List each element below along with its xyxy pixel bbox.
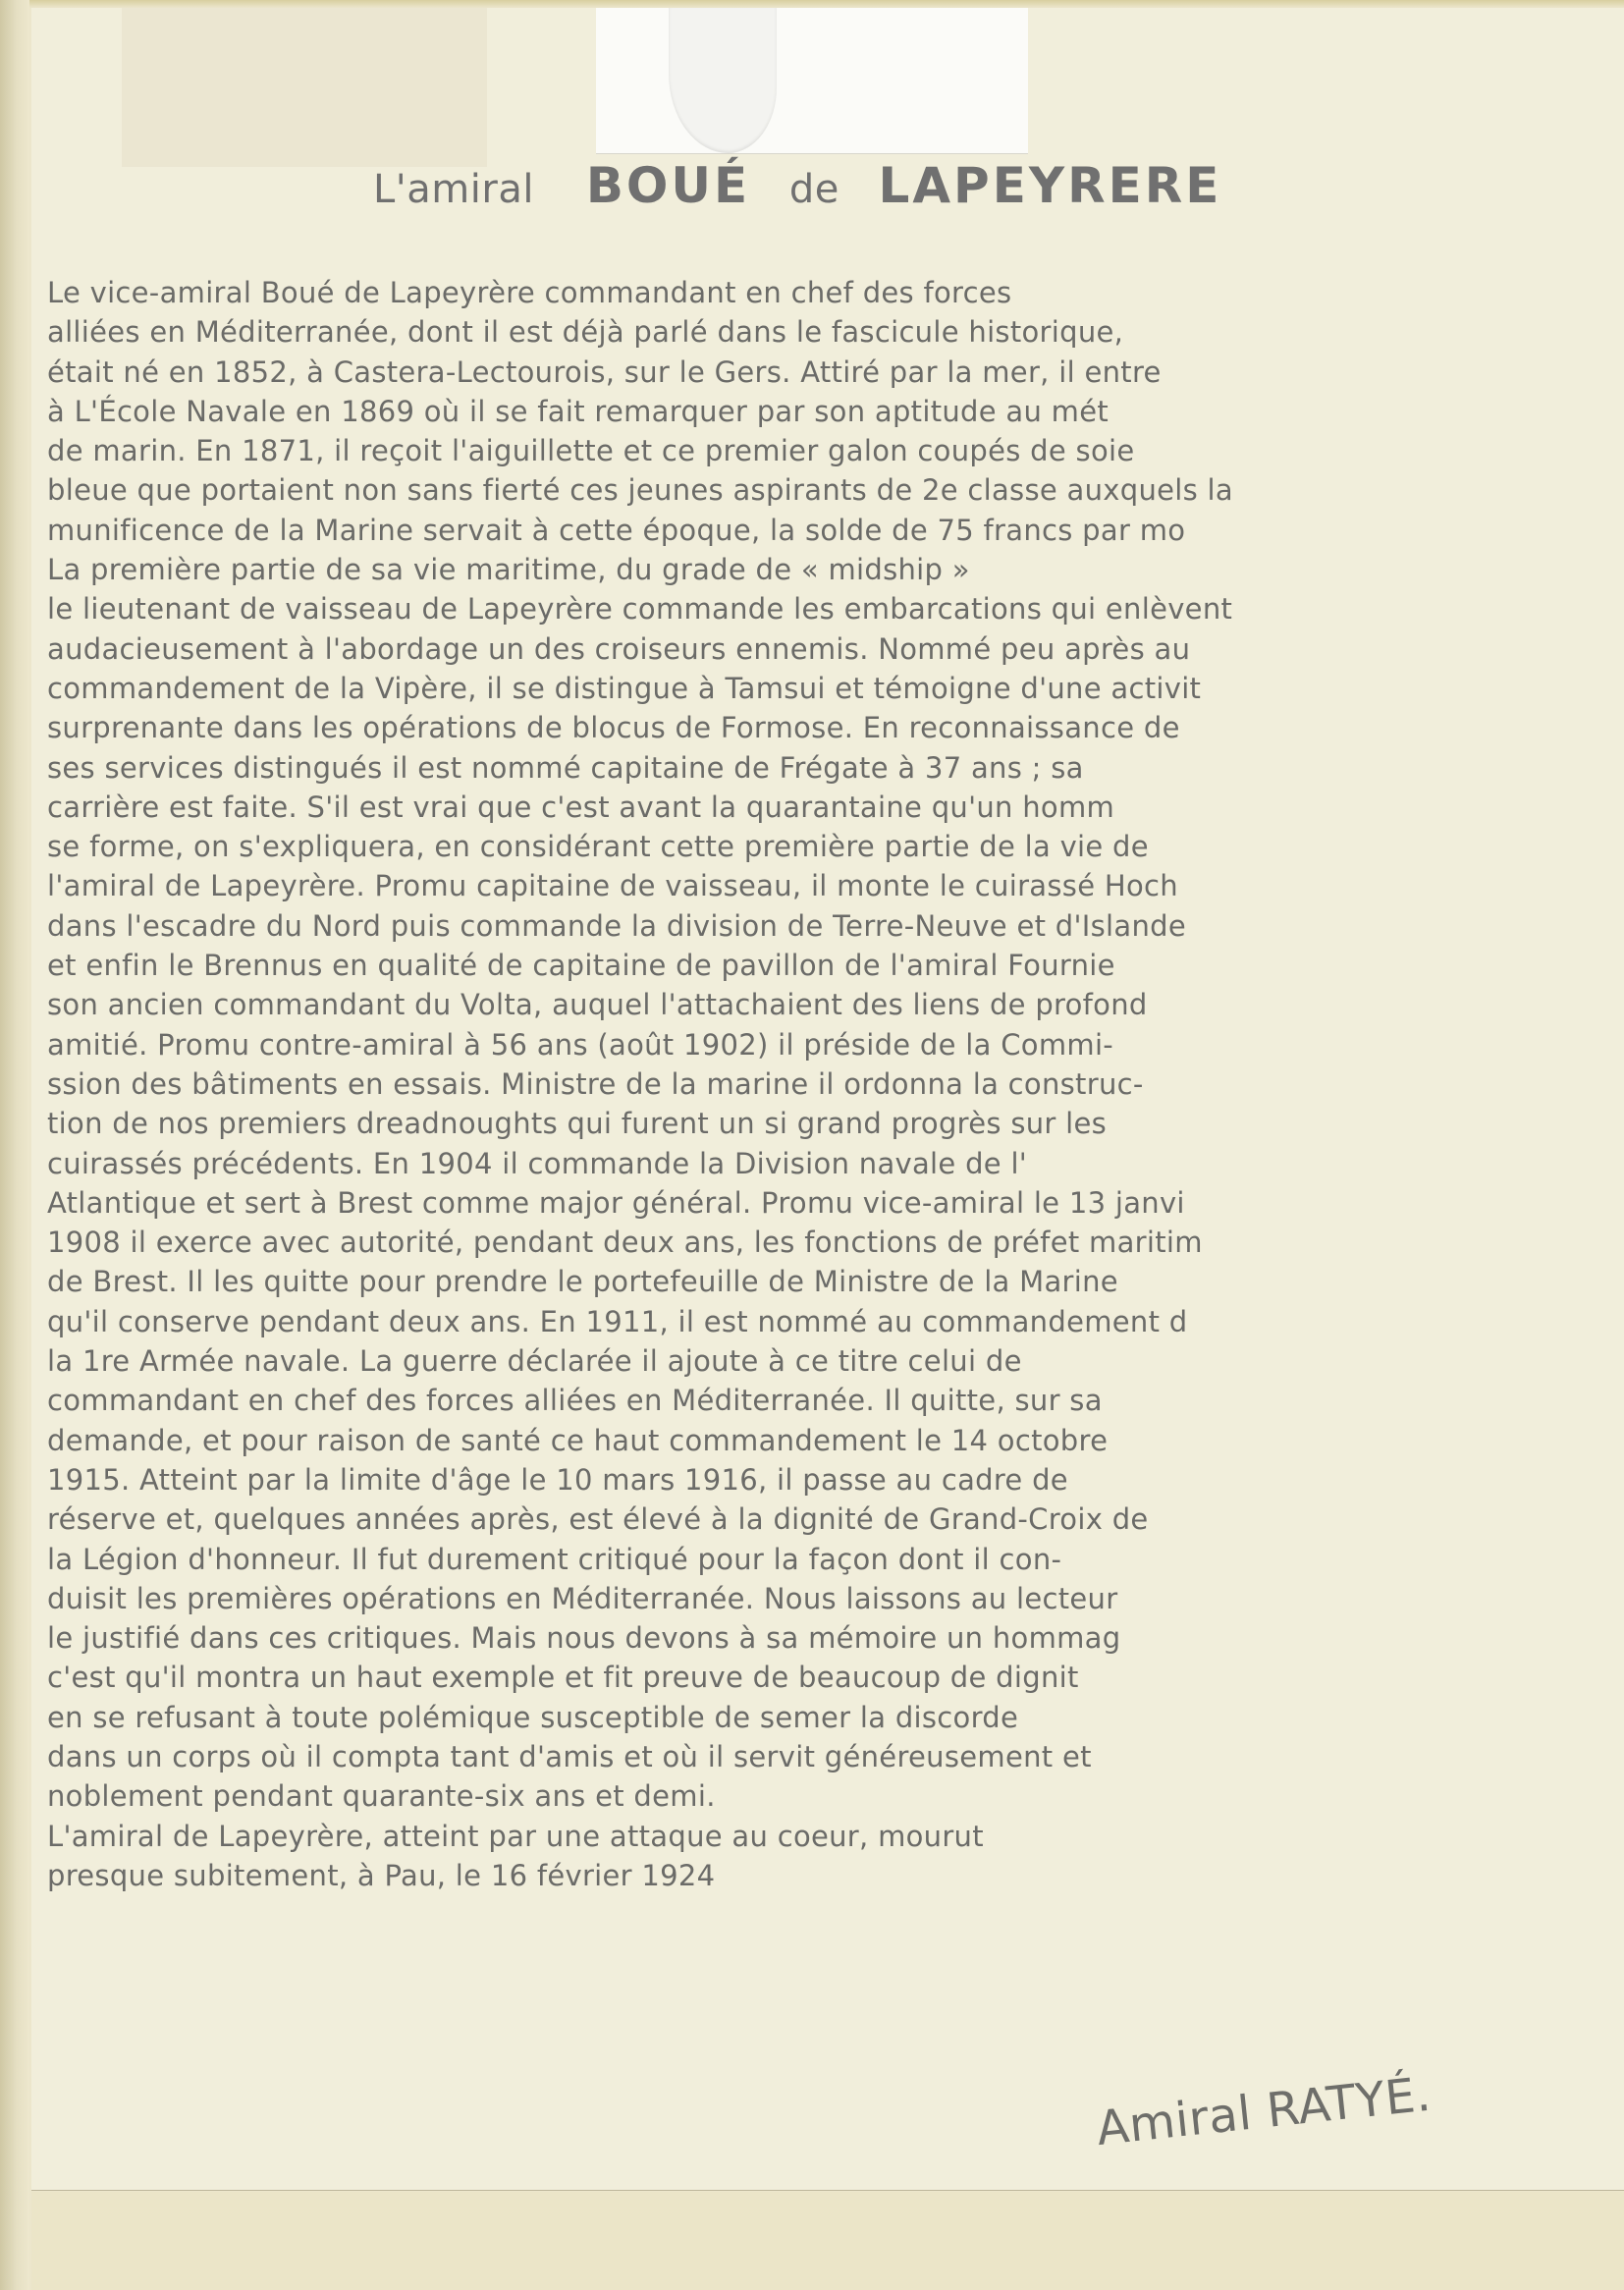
text-line: Le vice-amiral Boué de Lapeyrère command… — [47, 273, 1618, 312]
text-line: noblement pendant quarante-six ans et de… — [47, 1776, 1618, 1816]
text-line: alliées en Méditerranée, dont il est déj… — [47, 312, 1618, 352]
text-line: 1915. Atteint par la limite d'âge le 10 … — [47, 1460, 1618, 1499]
text-line: commandement de la Vipère, il se disting… — [47, 669, 1618, 708]
text-line: à L'École Navale en 1869 où il se fait r… — [47, 392, 1618, 431]
title-name-boue: BOUÉ — [586, 157, 750, 214]
text-line: dans l'escadre du Nord puis commande la … — [47, 906, 1618, 946]
text-line: qu'il conserve pendant deux ans. En 1911… — [47, 1302, 1618, 1341]
text-line: tion de nos premiers dreadnoughts qui fu… — [47, 1104, 1618, 1143]
adhesive-tape — [122, 8, 487, 167]
text-line: carrière est faite. S'il est vrai que c'… — [47, 788, 1618, 827]
text-line: c'est qu'il montra un haut exemple et fi… — [47, 1658, 1618, 1697]
text-line: audacieusement à l'abordage un des crois… — [47, 629, 1618, 669]
white-ribbon — [669, 8, 777, 153]
text-line: de marin. En 1871, il reçoit l'aiguillet… — [47, 431, 1618, 470]
text-line: ses services distingués il est nommé cap… — [47, 748, 1618, 788]
text-line: se forme, on s'expliquera, en considéran… — [47, 827, 1618, 866]
text-line: 1908 il exerce avec autorité, pendant de… — [47, 1223, 1618, 1262]
text-line: le justifié dans ces critiques. Mais nou… — [47, 1618, 1618, 1658]
body-text: Le vice-amiral Boué de Lapeyrère command… — [47, 273, 1618, 1895]
text-line: et enfin le Brennus en qualité de capita… — [47, 946, 1618, 985]
text-line: La première partie de sa vie maritime, d… — [47, 550, 1618, 589]
frame-left-edge — [0, 0, 29, 2290]
text-line: dans un corps où il compta tant d'amis e… — [47, 1737, 1618, 1776]
text-line: l'amiral de Lapeyrère. Promu capitaine d… — [47, 866, 1618, 905]
title-prefix: L'amiral — [373, 167, 534, 212]
text-line: cuirassés précédents. En 1904 il command… — [47, 1144, 1618, 1183]
text-line: ssion des bâtiments en essais. Ministre … — [47, 1064, 1618, 1104]
text-line: duisit les premières opérations en Médit… — [47, 1579, 1618, 1618]
text-line: la 1re Armée navale. La guerre déclarée … — [47, 1341, 1618, 1381]
text-line: son ancien commandant du Volta, auquel l… — [47, 985, 1618, 1024]
text-line: la Légion d'honneur. Il fut durement cri… — [47, 1540, 1618, 1579]
text-line: L'amiral de Lapeyrère, atteint par une a… — [47, 1817, 1618, 1856]
text-line: Atlantique et sert à Brest comme major g… — [47, 1183, 1618, 1223]
text-line: surprenante dans les opérations de blocu… — [47, 708, 1618, 747]
frame-top-edge — [0, 0, 1624, 8]
text-line: en se refusant à toute polémique suscept… — [47, 1698, 1618, 1737]
text-line: commandant en chef des forces alliées en… — [47, 1381, 1618, 1420]
text-line: le lieutenant de vaisseau de Lapeyrère c… — [47, 589, 1618, 628]
text-line: presque subitement, à Pau, le 16 février… — [47, 1856, 1618, 1895]
text-line: bleue que portaient non sans fierté ces … — [47, 470, 1618, 510]
text-line: de Brest. Il les quitte pour prendre le … — [47, 1262, 1618, 1301]
ribbon-mount-card — [596, 8, 1028, 154]
text-line: était né en 1852, à Castera-Lectourois, … — [47, 353, 1618, 392]
title-name-lapeyrere: LAPEYRERE — [879, 157, 1222, 214]
text-line: demande, et pour raison de santé ce haut… — [47, 1421, 1618, 1460]
text-line: munificence de la Marine servait à cette… — [47, 511, 1618, 550]
document-title: L'amiral BOUÉ de LAPEYRERE — [373, 157, 1221, 214]
text-line: amitié. Promu contre-amiral à 56 ans (ao… — [47, 1025, 1618, 1064]
text-line: réserve et, quelques années après, est é… — [47, 1499, 1618, 1539]
title-particle: de — [789, 167, 839, 212]
mat-bottom — [31, 2192, 1624, 2290]
